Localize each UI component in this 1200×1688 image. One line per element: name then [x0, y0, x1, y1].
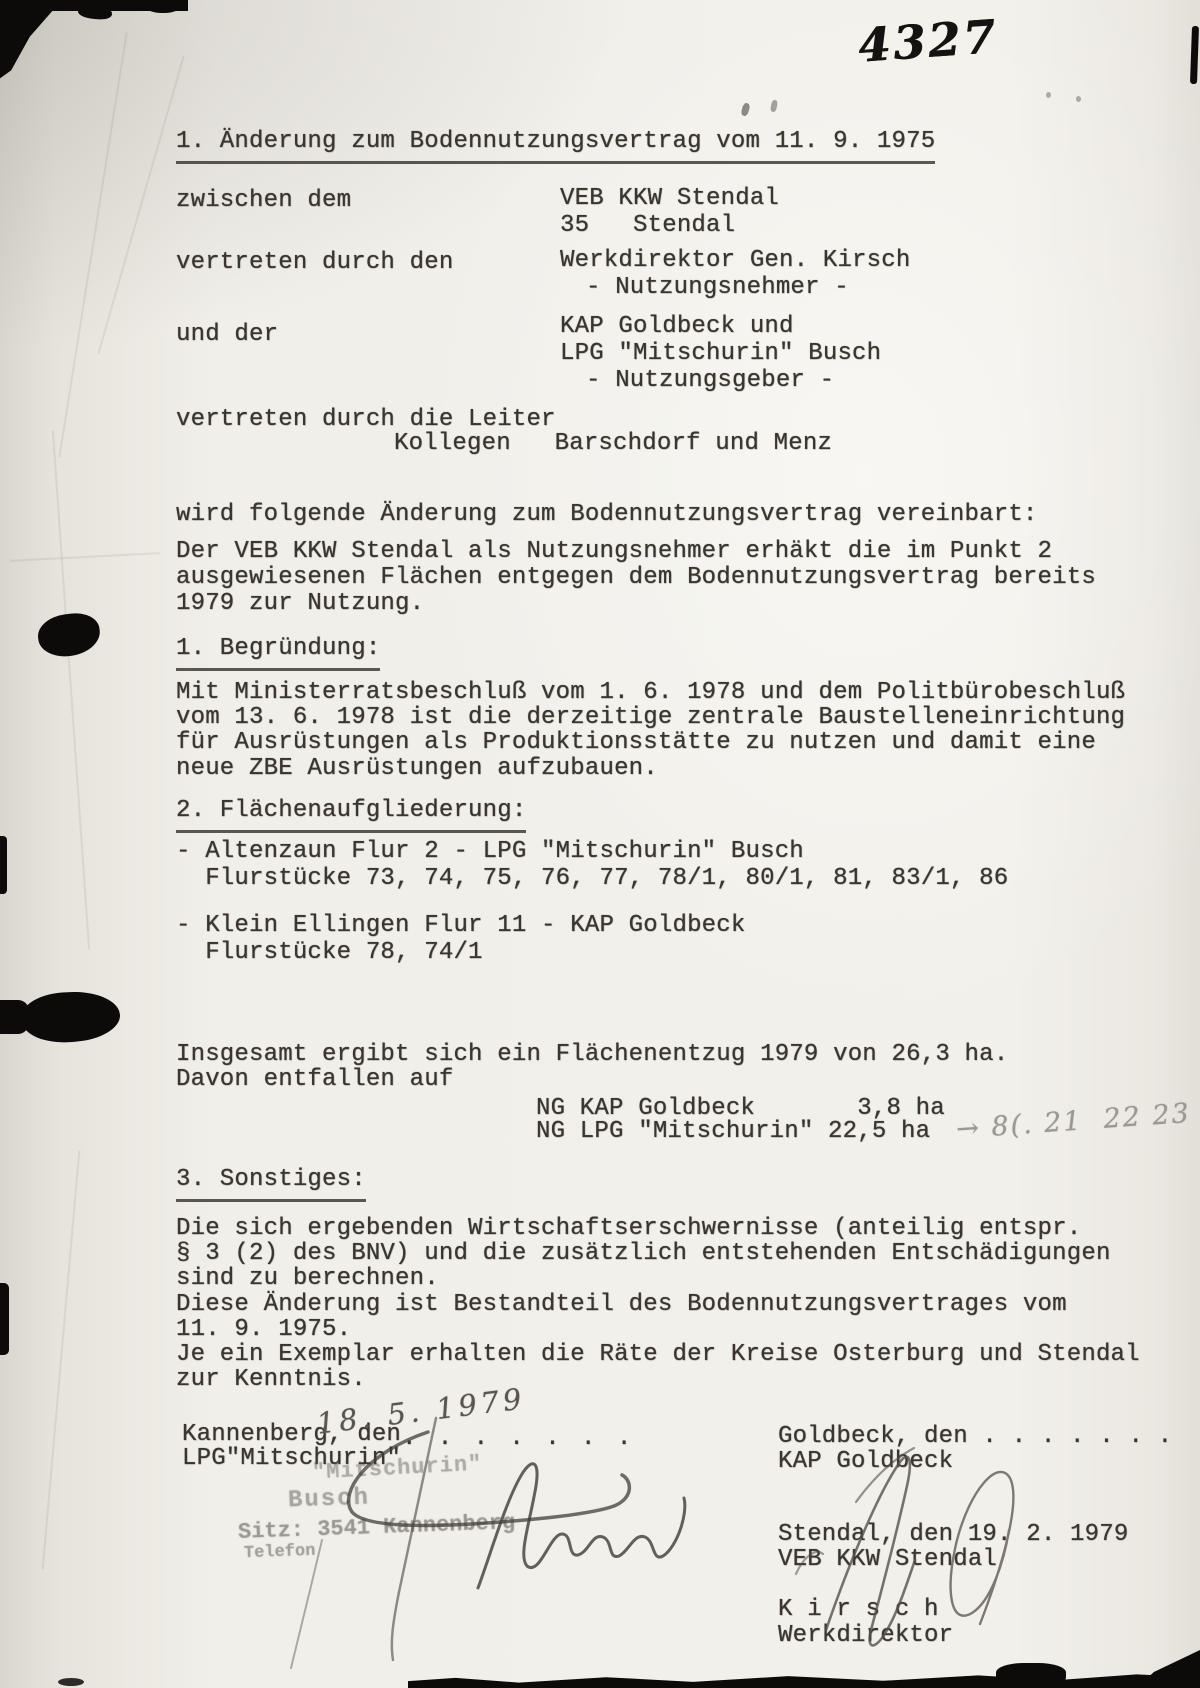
signature-right-ink-2 [951, 1472, 1014, 1624]
scanned-document-page: 4327 1. Änderung zum Bodennutzungsvertra… [0, 0, 1200, 1688]
signature-left-ink [478, 1464, 685, 1588]
signature-right-ink-4 [796, 1552, 823, 1574]
stamp-scribble [349, 1432, 630, 1526]
stamp-scribble-diagonal [392, 1418, 436, 1660]
ink-signatures-overlay [0, 0, 1200, 1688]
stamp-scribble-tail [291, 1540, 322, 1668]
